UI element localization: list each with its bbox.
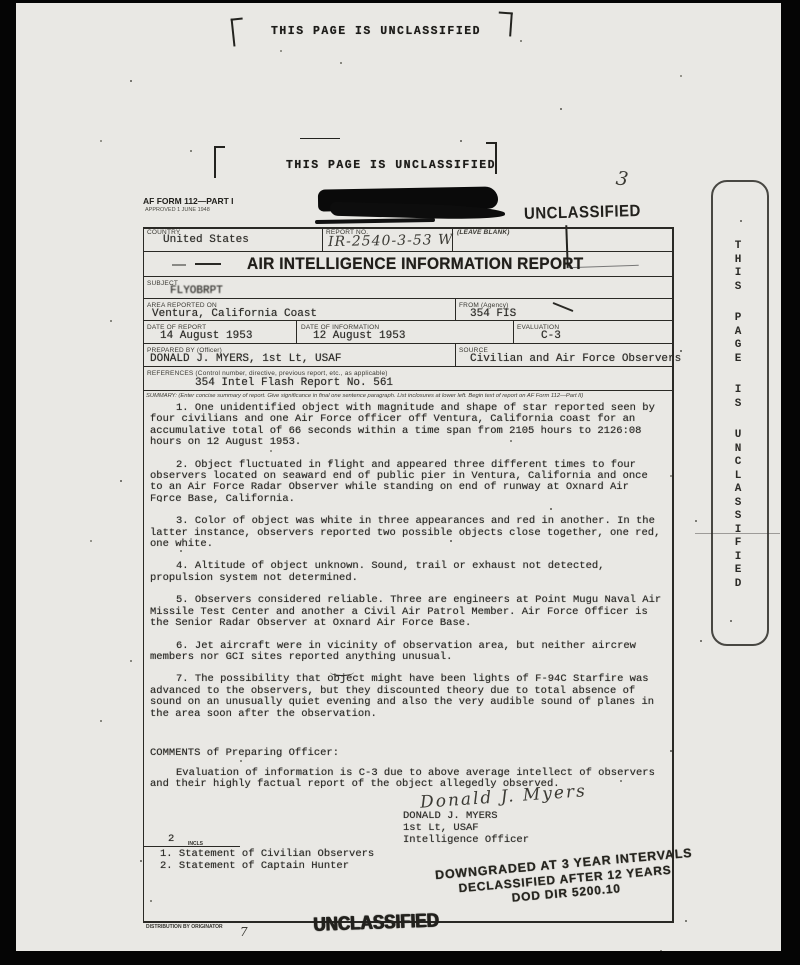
side-banner-letter: D: [735, 578, 742, 592]
side-banner-letter: F: [735, 537, 742, 551]
form-border: [143, 251, 673, 252]
form-border: [672, 227, 674, 922]
form-border: [143, 366, 673, 367]
stray-mark: 7: [240, 925, 248, 939]
area-reported-value: Ventura, California Coast: [152, 308, 317, 320]
form-border: [143, 320, 673, 321]
country-value: United States: [163, 234, 249, 246]
inclosure-item: 2. Statement of Captain Hunter: [160, 860, 374, 872]
top-classification-banner: THIS PAGE IS UNCLASSIFIED: [271, 25, 481, 38]
distribution-label: DISTRIBUTION BY ORIGINATOR: [146, 924, 223, 930]
form-border: [455, 298, 456, 320]
references-value: 354 Intel Flash Report No. 561: [195, 377, 393, 389]
side-banner-letter: N: [735, 443, 742, 457]
form-border: [143, 227, 673, 229]
side-banner-letter: S: [735, 497, 742, 511]
leave-blank-label: (LEAVE BLANK): [457, 229, 510, 236]
form-title: AIR INTELLIGENCE INFORMATION REPORT: [247, 256, 584, 275]
crop-mark: [486, 142, 497, 174]
form-approved: APPROVED 1 JUNE 1948: [145, 207, 210, 213]
scan-edge-top: [0, 0, 800, 3]
form-border: [296, 320, 297, 343]
handwritten-underline-mark: [330, 668, 354, 676]
signature-title: Intelligence Officer: [403, 834, 529, 846]
summary-paragraph: 3. Color of object was white in three ap…: [150, 516, 662, 550]
side-classification-banner: THISPAGEISUNCLASSIFIED: [724, 240, 752, 591]
signature-name: DONALD J. MYERS: [403, 810, 498, 822]
scan-noise: [30, 420, 32, 422]
inclosure-items: 1. Statement of Civilian Observers2. Sta…: [160, 848, 374, 872]
form-border: [143, 343, 673, 344]
stray-mark: [695, 533, 780, 534]
evaluation-value: C-3: [541, 330, 561, 342]
references-label: REFERENCES (Control number, directive, p…: [147, 370, 388, 377]
summary-paragraph: 4. Altitude of object unknown. Sound, tr…: [150, 561, 662, 584]
from-agency-value: 354 FIS: [470, 308, 516, 320]
form-border: [143, 227, 144, 922]
side-banner-letter: E: [735, 353, 742, 367]
summary-paragraph: 2. Object fluctuated in flight and appea…: [150, 460, 662, 506]
scan-edge-left: [0, 0, 16, 965]
stray-mark: [195, 263, 221, 265]
prepared-by-value: DONALD J. MYERS, 1st Lt, USAF: [150, 353, 341, 365]
summary-paragraph: 5. Observers considered reliable. Three …: [150, 595, 662, 629]
signature-rank: 1st Lt, USAF: [403, 822, 479, 834]
form-border: [455, 343, 456, 366]
side-banner-letter: A: [735, 483, 742, 497]
side-banner-letter: S: [735, 398, 742, 412]
source-value: Civilian and Air Force Observers: [470, 353, 681, 365]
summary-paragraph: 7. The possibility that object might hav…: [150, 674, 662, 720]
subject-value: FLYOBRPT: [170, 285, 223, 297]
side-banner-letter: L: [735, 470, 742, 484]
date-of-information-value: 12 August 1953: [313, 330, 405, 342]
form-border: [143, 298, 673, 299]
unclassified-stamp-bottom: UNCLASSIFIED: [313, 909, 439, 936]
side-banner-letter: A: [735, 326, 742, 340]
scanned-document-page: THIS PAGE IS UNCLASSIFIED THIS PAGE IS U…: [0, 0, 800, 965]
side-banner-letter: I: [735, 524, 742, 538]
unclassified-stamp-top: UNCLASSIFIED: [524, 202, 641, 224]
side-banner-letter: S: [735, 510, 742, 524]
inclosures-label: INCLS: [188, 841, 203, 847]
form-border: [143, 276, 673, 277]
side-banner-letter: U: [735, 429, 742, 443]
crop-mark: [497, 12, 513, 37]
side-banner-letter: C: [735, 456, 742, 470]
scan-edge-right: [781, 0, 800, 965]
side-banner-letter: H: [735, 254, 742, 268]
crop-mark: [214, 146, 225, 178]
form-border: [513, 320, 514, 343]
side-banner-letter: I: [735, 384, 742, 398]
summary-paragraphs: 1. One unidentified object with magnitud…: [150, 403, 662, 731]
scan-edge-bottom: [0, 951, 800, 965]
side-banner-letter: G: [735, 339, 742, 353]
summary-paragraph: 6. Jet aircraft were in vicinity of obse…: [150, 641, 662, 664]
summary-label: SUMMARY: (Enter concise summary of repor…: [146, 393, 670, 399]
form-border: [143, 390, 673, 391]
form-id: AF FORM 112—PART I: [143, 196, 234, 206]
form-border: [322, 227, 323, 251]
side-banner-letter: P: [735, 312, 742, 326]
date-of-report-value: 14 August 1953: [160, 330, 252, 342]
stray-mark: [172, 264, 186, 266]
side-banner-letter: S: [735, 281, 742, 295]
inclosure-item: 1. Statement of Civilian Observers: [160, 848, 374, 860]
second-classification-banner: THIS PAGE IS UNCLASSIFIED: [286, 159, 496, 172]
side-banner-letter: E: [735, 564, 742, 578]
summary-paragraph: 1. One unidentified object with magnitud…: [150, 403, 662, 449]
report-no-value-handwritten: IR-2540-3-53 W: [328, 232, 454, 250]
side-banner-letter: T: [735, 240, 742, 254]
inclosure-count: 2: [168, 833, 174, 845]
side-banner-letter: I: [735, 267, 742, 281]
comments-heading: COMMENTS of Preparing Officer:: [150, 747, 339, 759]
scan-noise: [40, 20, 42, 22]
side-banner-letter: I: [735, 551, 742, 565]
stray-mark: [300, 138, 340, 140]
